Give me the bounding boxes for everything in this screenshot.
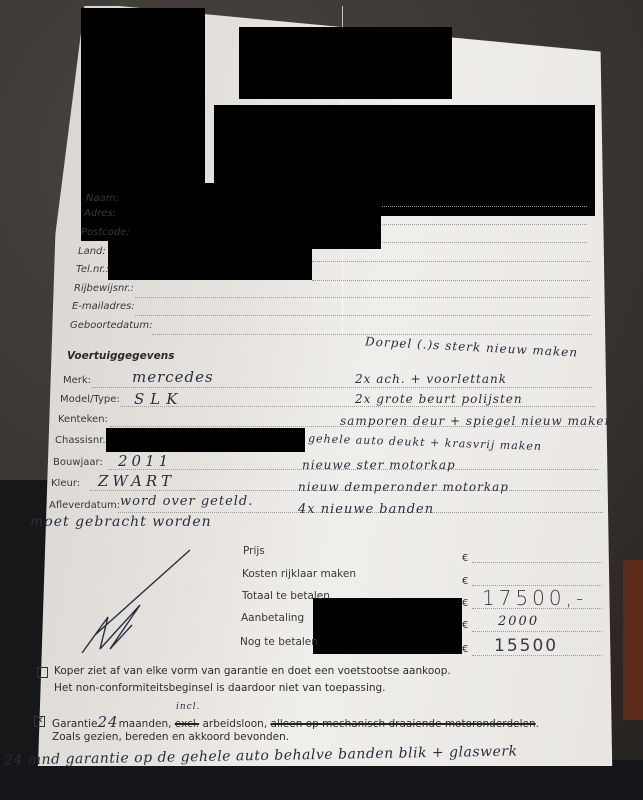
redaction-block xyxy=(313,598,462,654)
warranty-checkbox[interactable]: ✕ xyxy=(34,716,45,727)
handwritten-merk: mercedes xyxy=(132,368,214,386)
form-line xyxy=(92,387,592,388)
handwritten-model: SLK xyxy=(134,390,183,408)
form-line xyxy=(382,242,587,243)
handwritten-note: nieuw demperonder motorkap xyxy=(298,480,509,494)
price-line xyxy=(472,631,602,632)
warranty-prefix: Garantie xyxy=(52,718,97,730)
handwritten-note: 4x nieuwe banden xyxy=(298,502,434,517)
handwritten-afleverdatum: word over geteld. xyxy=(120,494,253,509)
warranty-period: . xyxy=(536,718,539,730)
handwritten-totaal: 17500,- xyxy=(482,586,587,610)
handwritten-afleverdatum-continuation: moet gebracht worden xyxy=(30,514,212,530)
currency-symbol: € xyxy=(462,576,468,587)
field-label-kleur: Kleur: xyxy=(51,478,80,489)
warranty-line2: Zoals gezien, bereden en akkoord bevonde… xyxy=(52,731,289,743)
price-label-aanbetaling: Aanbetaling xyxy=(241,612,304,624)
warranty-labour: arbeidsloon, xyxy=(202,718,267,730)
form-line xyxy=(382,206,587,207)
field-label-telnr: Tel.nr.: xyxy=(76,264,109,275)
field-label-afleverdatum: Afleverdatum: xyxy=(49,500,120,511)
currency-symbol: € xyxy=(462,553,468,564)
warranty-months-label: maanden, xyxy=(119,718,172,730)
no-warranty-checkbox[interactable] xyxy=(37,667,48,678)
handwritten-note: 2x ach. + voorlettank xyxy=(355,372,507,386)
field-label-merk: Merk: xyxy=(63,375,91,386)
redaction-block xyxy=(106,428,305,452)
no-warranty-text-line2: Het non-conformiteitsbeginsel is daardoo… xyxy=(54,682,386,694)
price-label-nog-te-betalen: Nog te betalen xyxy=(240,636,318,648)
handwritten-note: samporen deur + spiegel nieuw maken xyxy=(340,414,613,428)
form-line xyxy=(312,280,590,281)
handwritten-incl: incl. xyxy=(176,702,200,712)
currency-symbol: € xyxy=(462,598,468,609)
handwritten-kleur: ZWART xyxy=(98,472,175,490)
currency-symbol: € xyxy=(462,644,468,655)
field-label-model: Model/Type: xyxy=(60,394,120,405)
field-label-rijbewijsnr: Rijbewijsnr.: xyxy=(74,283,134,294)
handwritten-note: 2x grote beurt polijsten xyxy=(355,392,523,406)
form-line xyxy=(135,315,590,316)
price-line xyxy=(472,562,602,563)
form-line xyxy=(312,261,590,262)
warranty-line1: Garantie24maanden, excl. arbeidsloon, al… xyxy=(52,713,539,731)
background-wood-edge xyxy=(623,560,643,720)
field-label-adres: Adres: xyxy=(84,208,116,219)
handwritten-bouwjaar: 2011 xyxy=(118,452,172,470)
price-label-totaal: Totaal te betalen xyxy=(242,590,330,602)
field-label-land: Land: xyxy=(78,246,106,257)
price-label-rijklaar: Kosten rijklaar maken xyxy=(242,568,356,580)
form-line xyxy=(135,297,590,298)
form-line xyxy=(382,224,587,225)
field-label-postcode: Postcode: xyxy=(81,227,130,238)
price-label-prijs: Prijs xyxy=(243,545,265,557)
section-title-vehicle: Voertuiggegevens xyxy=(67,350,174,362)
warranty-excl-struck: excl. xyxy=(175,718,199,730)
currency-symbol: € xyxy=(462,620,468,631)
field-label-geboortedatum: Geboortedatum: xyxy=(70,320,153,331)
field-label-chassisnr: Chassisnr. xyxy=(55,435,106,446)
field-label-naam: Naam: xyxy=(86,193,119,204)
handwritten-warranty-months: 24 xyxy=(97,713,118,731)
handwritten-note: nieuwe ster motorkap xyxy=(302,458,456,472)
signature xyxy=(70,545,220,655)
field-label-bouwjaar: Bouwjaar: xyxy=(53,457,103,468)
warranty-struck-text: alleen op mechanisch draaiende motoronde… xyxy=(271,718,536,730)
field-label-email: E-mailadres: xyxy=(72,301,135,312)
field-label-kenteken: Kenteken: xyxy=(58,414,108,425)
handwritten-nog-te-betalen: 15500 xyxy=(494,636,558,656)
redaction-block xyxy=(239,27,452,99)
form-line xyxy=(120,406,595,407)
handwritten-aanbetaling: 2000 xyxy=(498,614,539,629)
redaction-block xyxy=(108,238,312,280)
no-warranty-text-line1: Koper ziet af van elke vorm van garantie… xyxy=(54,665,451,677)
